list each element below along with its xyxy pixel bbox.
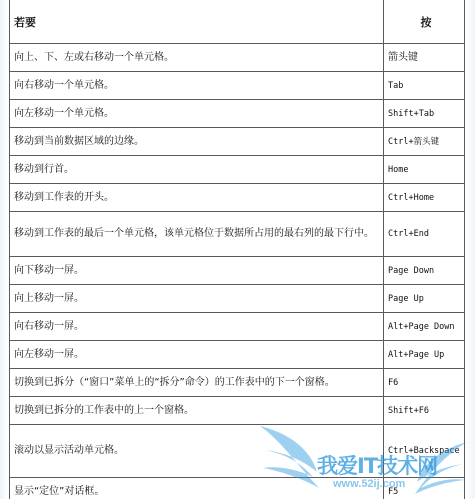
keys-cell: 箭头键 xyxy=(384,44,465,72)
action-cell: 向上移动一屏。 xyxy=(10,285,384,313)
keys-cell: F5 xyxy=(384,478,465,499)
table-row: 移动到当前数据区域的边缘。 Ctrl+箭头键 xyxy=(10,128,465,156)
table-row: 向左移动一个单元格。 Shift+Tab xyxy=(10,100,465,128)
table-row: 向上、下、左或右移动一个单元格。 箭头键 xyxy=(10,44,465,72)
table-row: 显示“定位”对话框。 F5 xyxy=(10,478,465,499)
keys-cell: Alt+Page Down xyxy=(384,313,465,341)
table-row: 向下移动一屏。 Page Down xyxy=(10,257,465,285)
action-cell: 滚动以显示活动单元格。 xyxy=(10,425,384,478)
table-row: 切换到已拆分的工作表中的上一个窗格。 Shift+F6 xyxy=(10,397,465,425)
action-cell: 向右移动一个单元格。 xyxy=(10,72,384,100)
keys-cell: Tab xyxy=(384,72,465,100)
table-row: 移动到工作表的开头。 Ctrl+Home xyxy=(10,184,465,212)
keys-cell: Alt+Page Up xyxy=(384,341,465,369)
table-row: 向上移动一屏。 Page Up xyxy=(10,285,465,313)
table-row: 向右移动一个单元格。 Tab xyxy=(10,72,465,100)
action-cell: 向右移动一屏。 xyxy=(10,313,384,341)
header-action: 若要 xyxy=(10,0,384,44)
keys-cell: Home xyxy=(384,156,465,184)
keys-cell: Ctrl+Home xyxy=(384,184,465,212)
table-row: 向左移动一屏。 Alt+Page Up xyxy=(10,341,465,369)
table-row: 移动到工作表的最后一个单元格，该单元格位于数据所占用的最右列的最下行中。 Ctr… xyxy=(10,212,465,257)
keys-cell: F6 xyxy=(384,369,465,397)
action-cell: 向上、下、左或右移动一个单元格。 xyxy=(10,44,384,72)
action-cell: 移动到工作表的最后一个单元格，该单元格位于数据所占用的最右列的最下行中。 xyxy=(10,212,384,257)
action-cell: 移动到当前数据区域的边缘。 xyxy=(10,128,384,156)
keys-cell: Shift+Tab xyxy=(384,100,465,128)
keys-cell: Page Up xyxy=(384,285,465,313)
keys-cell: Ctrl+End xyxy=(384,212,465,257)
action-cell: 移动到工作表的开头。 xyxy=(10,184,384,212)
keys-cell: Ctrl+箭头键 xyxy=(384,128,465,156)
table-row: 切换到已拆分（“窗口”菜单上的“拆分”命令）的工作表中的下一个窗格。 F6 xyxy=(10,369,465,397)
action-cell: 向左移动一屏。 xyxy=(10,341,384,369)
keys-cell: Shift+F6 xyxy=(384,397,465,425)
action-cell: 显示“定位”对话框。 xyxy=(10,478,384,499)
action-cell: 切换到已拆分的工作表中的上一个窗格。 xyxy=(10,397,384,425)
document-page: 若要 按 向上、下、左或右移动一个单元格。 箭头键 向右移动一个单元格。 Tab… xyxy=(0,0,475,499)
table-row: 移动到行首。 Home xyxy=(10,156,465,184)
table-row: 滚动以显示活动单元格。 Ctrl+Backspace xyxy=(10,425,465,478)
table-header-row: 若要 按 xyxy=(10,0,465,44)
action-cell: 切换到已拆分（“窗口”菜单上的“拆分”命令）的工作表中的下一个窗格。 xyxy=(10,369,384,397)
action-cell: 向左移动一个单元格。 xyxy=(10,100,384,128)
table-row: 向右移动一屏。 Alt+Page Down xyxy=(10,313,465,341)
action-cell: 向下移动一屏。 xyxy=(10,257,384,285)
keys-cell: Page Down xyxy=(384,257,465,285)
header-keys: 按 xyxy=(384,0,465,44)
action-cell: 移动到行首。 xyxy=(10,156,384,184)
shortcut-table: 若要 按 向上、下、左或右移动一个单元格。 箭头键 向右移动一个单元格。 Tab… xyxy=(9,0,465,499)
keys-cell: Ctrl+Backspace xyxy=(384,425,465,478)
